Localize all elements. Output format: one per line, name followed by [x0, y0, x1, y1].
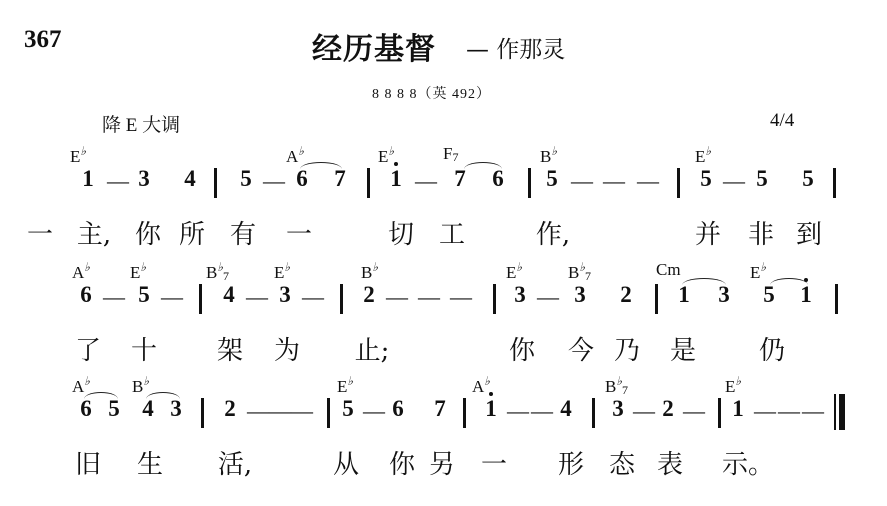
- chord-symbol: B♭: [132, 374, 149, 397]
- sustain-dash: —: [103, 284, 125, 310]
- lyric-syllable: 乃: [614, 330, 640, 367]
- barline: [199, 284, 202, 314]
- sustain-dash: —: [507, 398, 529, 424]
- note: 6: [296, 166, 308, 192]
- barline: [340, 284, 343, 314]
- note: 6: [392, 396, 404, 422]
- chord-symbol: B♭: [540, 144, 557, 167]
- barline: [677, 168, 680, 198]
- lyric-syllable: 态: [609, 444, 635, 481]
- chord-symbol: B♭7: [568, 260, 591, 284]
- lyric-syllable: 从: [333, 444, 359, 481]
- note: 5: [546, 166, 558, 192]
- barline: [592, 398, 595, 428]
- note: 3: [514, 282, 526, 308]
- key-signature: 降 E 大调: [102, 110, 180, 137]
- note: 3: [170, 396, 182, 422]
- note: 4: [184, 166, 196, 192]
- note: 3: [574, 282, 586, 308]
- barline: [201, 398, 204, 428]
- sustain-dash: —: [415, 168, 437, 194]
- lyric-syllable: 非: [748, 214, 774, 251]
- note: 2: [363, 282, 375, 308]
- note: 5: [763, 282, 775, 308]
- note: 4: [142, 396, 154, 422]
- sustain-dash: —: [107, 168, 129, 194]
- note: 6: [80, 282, 92, 308]
- chord-symbol: A♭: [286, 144, 304, 167]
- lyric-syllable: 你: [389, 444, 415, 481]
- lyric-syllable: 一: [27, 214, 53, 251]
- barline: [528, 168, 531, 198]
- note: 3: [138, 166, 150, 192]
- sustain-dash: —: [269, 398, 291, 424]
- sustain-dash: —: [637, 168, 659, 194]
- lyric-syllable: 活,: [218, 444, 252, 481]
- barline: [463, 398, 466, 428]
- note: 7: [434, 396, 446, 422]
- hymn-title: 经历基督: [312, 24, 436, 68]
- chord-symbol: B♭7: [605, 374, 628, 398]
- lyric-syllable: 所: [179, 214, 205, 251]
- sustain-dash: —: [363, 398, 385, 424]
- lyric-syllable: 是: [670, 330, 696, 367]
- barline: [835, 284, 838, 314]
- sustain-dash: —: [633, 398, 655, 424]
- note: 1: [732, 396, 744, 422]
- sustain-dash: —: [802, 398, 824, 424]
- lyric-syllable: 十: [131, 330, 157, 367]
- lyric-syllable: 有: [230, 214, 256, 251]
- chord-symbol: E♭: [695, 144, 711, 167]
- octave-dot: [489, 392, 493, 396]
- sustain-dash: —: [418, 284, 440, 310]
- chord-symbol: F7: [443, 144, 458, 165]
- octave-dot: [394, 162, 398, 166]
- chord-symbol: A♭: [72, 260, 90, 283]
- final-barline-thick: [839, 394, 845, 430]
- note: 5: [802, 166, 814, 192]
- barline: [655, 284, 658, 314]
- lyric-syllable: 止;: [355, 330, 390, 367]
- sustain-dash: —: [161, 284, 183, 310]
- lyric-syllable: 你: [135, 214, 161, 251]
- sustain-dash: —: [291, 398, 313, 424]
- chord-symbol: B♭7: [206, 260, 229, 284]
- note: 1: [678, 282, 690, 308]
- note: 1: [485, 396, 497, 422]
- chord-symbol: E♭: [130, 260, 146, 283]
- note: 2: [662, 396, 674, 422]
- lyric-syllable: 示。: [722, 444, 774, 481]
- sustain-dash: —: [754, 398, 776, 424]
- note: 1: [800, 282, 812, 308]
- lyric-syllable: 生: [137, 444, 163, 481]
- hymn-number: 367: [24, 26, 62, 54]
- sustain-dash: —: [683, 398, 705, 424]
- sustain-dash: —: [263, 168, 285, 194]
- lyric-syllable: 切: [388, 214, 414, 251]
- barline: [327, 398, 330, 428]
- barline: [214, 168, 217, 198]
- octave-dot: [804, 278, 808, 282]
- lyric-syllable: 到: [796, 214, 822, 251]
- note: 5: [138, 282, 150, 308]
- note: 7: [334, 166, 346, 192]
- note: 5: [700, 166, 712, 192]
- barline: [367, 168, 370, 198]
- time-signature: 4/4: [770, 110, 794, 132]
- meter-info: 8 8 8 8（英 492）: [372, 83, 491, 103]
- lyric-syllable: 仍: [759, 330, 785, 367]
- chord-symbol: Cm: [656, 260, 681, 280]
- lyric-syllable: 旧: [75, 444, 101, 481]
- note: 3: [718, 282, 730, 308]
- sustain-dash: —: [247, 398, 269, 424]
- note: 4: [560, 396, 572, 422]
- note: 5: [342, 396, 354, 422]
- lyric-syllable: 为: [274, 330, 300, 367]
- barline: [718, 398, 721, 428]
- sustain-dash: —: [531, 398, 553, 424]
- lyric-syllable: 一: [481, 444, 507, 481]
- lyric-syllable: 一: [286, 214, 312, 251]
- sustain-dash: —: [603, 168, 625, 194]
- note: 4: [223, 282, 235, 308]
- chord-symbol: E♭: [506, 260, 522, 283]
- sustain-dash: —: [386, 284, 408, 310]
- lyric-syllable: 表: [657, 444, 683, 481]
- hymn-author: — 作那灵: [466, 31, 565, 64]
- note: 6: [80, 396, 92, 422]
- note: 2: [620, 282, 632, 308]
- note: 1: [390, 166, 402, 192]
- sustain-dash: —: [778, 398, 800, 424]
- note: 5: [240, 166, 252, 192]
- sustain-dash: —: [302, 284, 324, 310]
- note: 3: [612, 396, 624, 422]
- chord-symbol: B♭: [361, 260, 378, 283]
- note: 1: [82, 166, 94, 192]
- chord-symbol: E♭: [274, 260, 290, 283]
- barline: [833, 168, 836, 198]
- lyric-syllable: 主,: [77, 214, 111, 251]
- sustain-dash: —: [571, 168, 593, 194]
- note: 5: [108, 396, 120, 422]
- lyric-syllable: 另: [429, 444, 455, 481]
- lyric-syllable: 形: [558, 444, 584, 481]
- lyric-syllable: 架: [217, 330, 243, 367]
- lyric-syllable: 了: [75, 330, 101, 367]
- chord-symbol: E♭: [725, 374, 741, 397]
- note: 3: [279, 282, 291, 308]
- lyric-syllable: 作,: [536, 214, 570, 251]
- chord-symbol: E♭: [750, 260, 766, 283]
- chord-symbol: A♭: [472, 374, 490, 397]
- lyric-syllable: 并: [695, 214, 721, 251]
- note: 6: [492, 166, 504, 192]
- chord-symbol: E♭: [378, 144, 394, 167]
- note: 2: [224, 396, 236, 422]
- sustain-dash: —: [723, 168, 745, 194]
- note: 7: [454, 166, 466, 192]
- barline: [493, 284, 496, 314]
- sustain-dash: —: [246, 284, 268, 310]
- sustain-dash: —: [450, 284, 472, 310]
- chord-symbol: E♭: [70, 144, 86, 167]
- lyric-syllable: 工: [439, 214, 465, 251]
- lyric-syllable: 今: [568, 330, 594, 367]
- final-barline-thin: [834, 394, 836, 430]
- sustain-dash: —: [537, 284, 559, 310]
- note: 5: [756, 166, 768, 192]
- lyric-syllable: 你: [509, 330, 535, 367]
- chord-symbol: E♭: [337, 374, 353, 397]
